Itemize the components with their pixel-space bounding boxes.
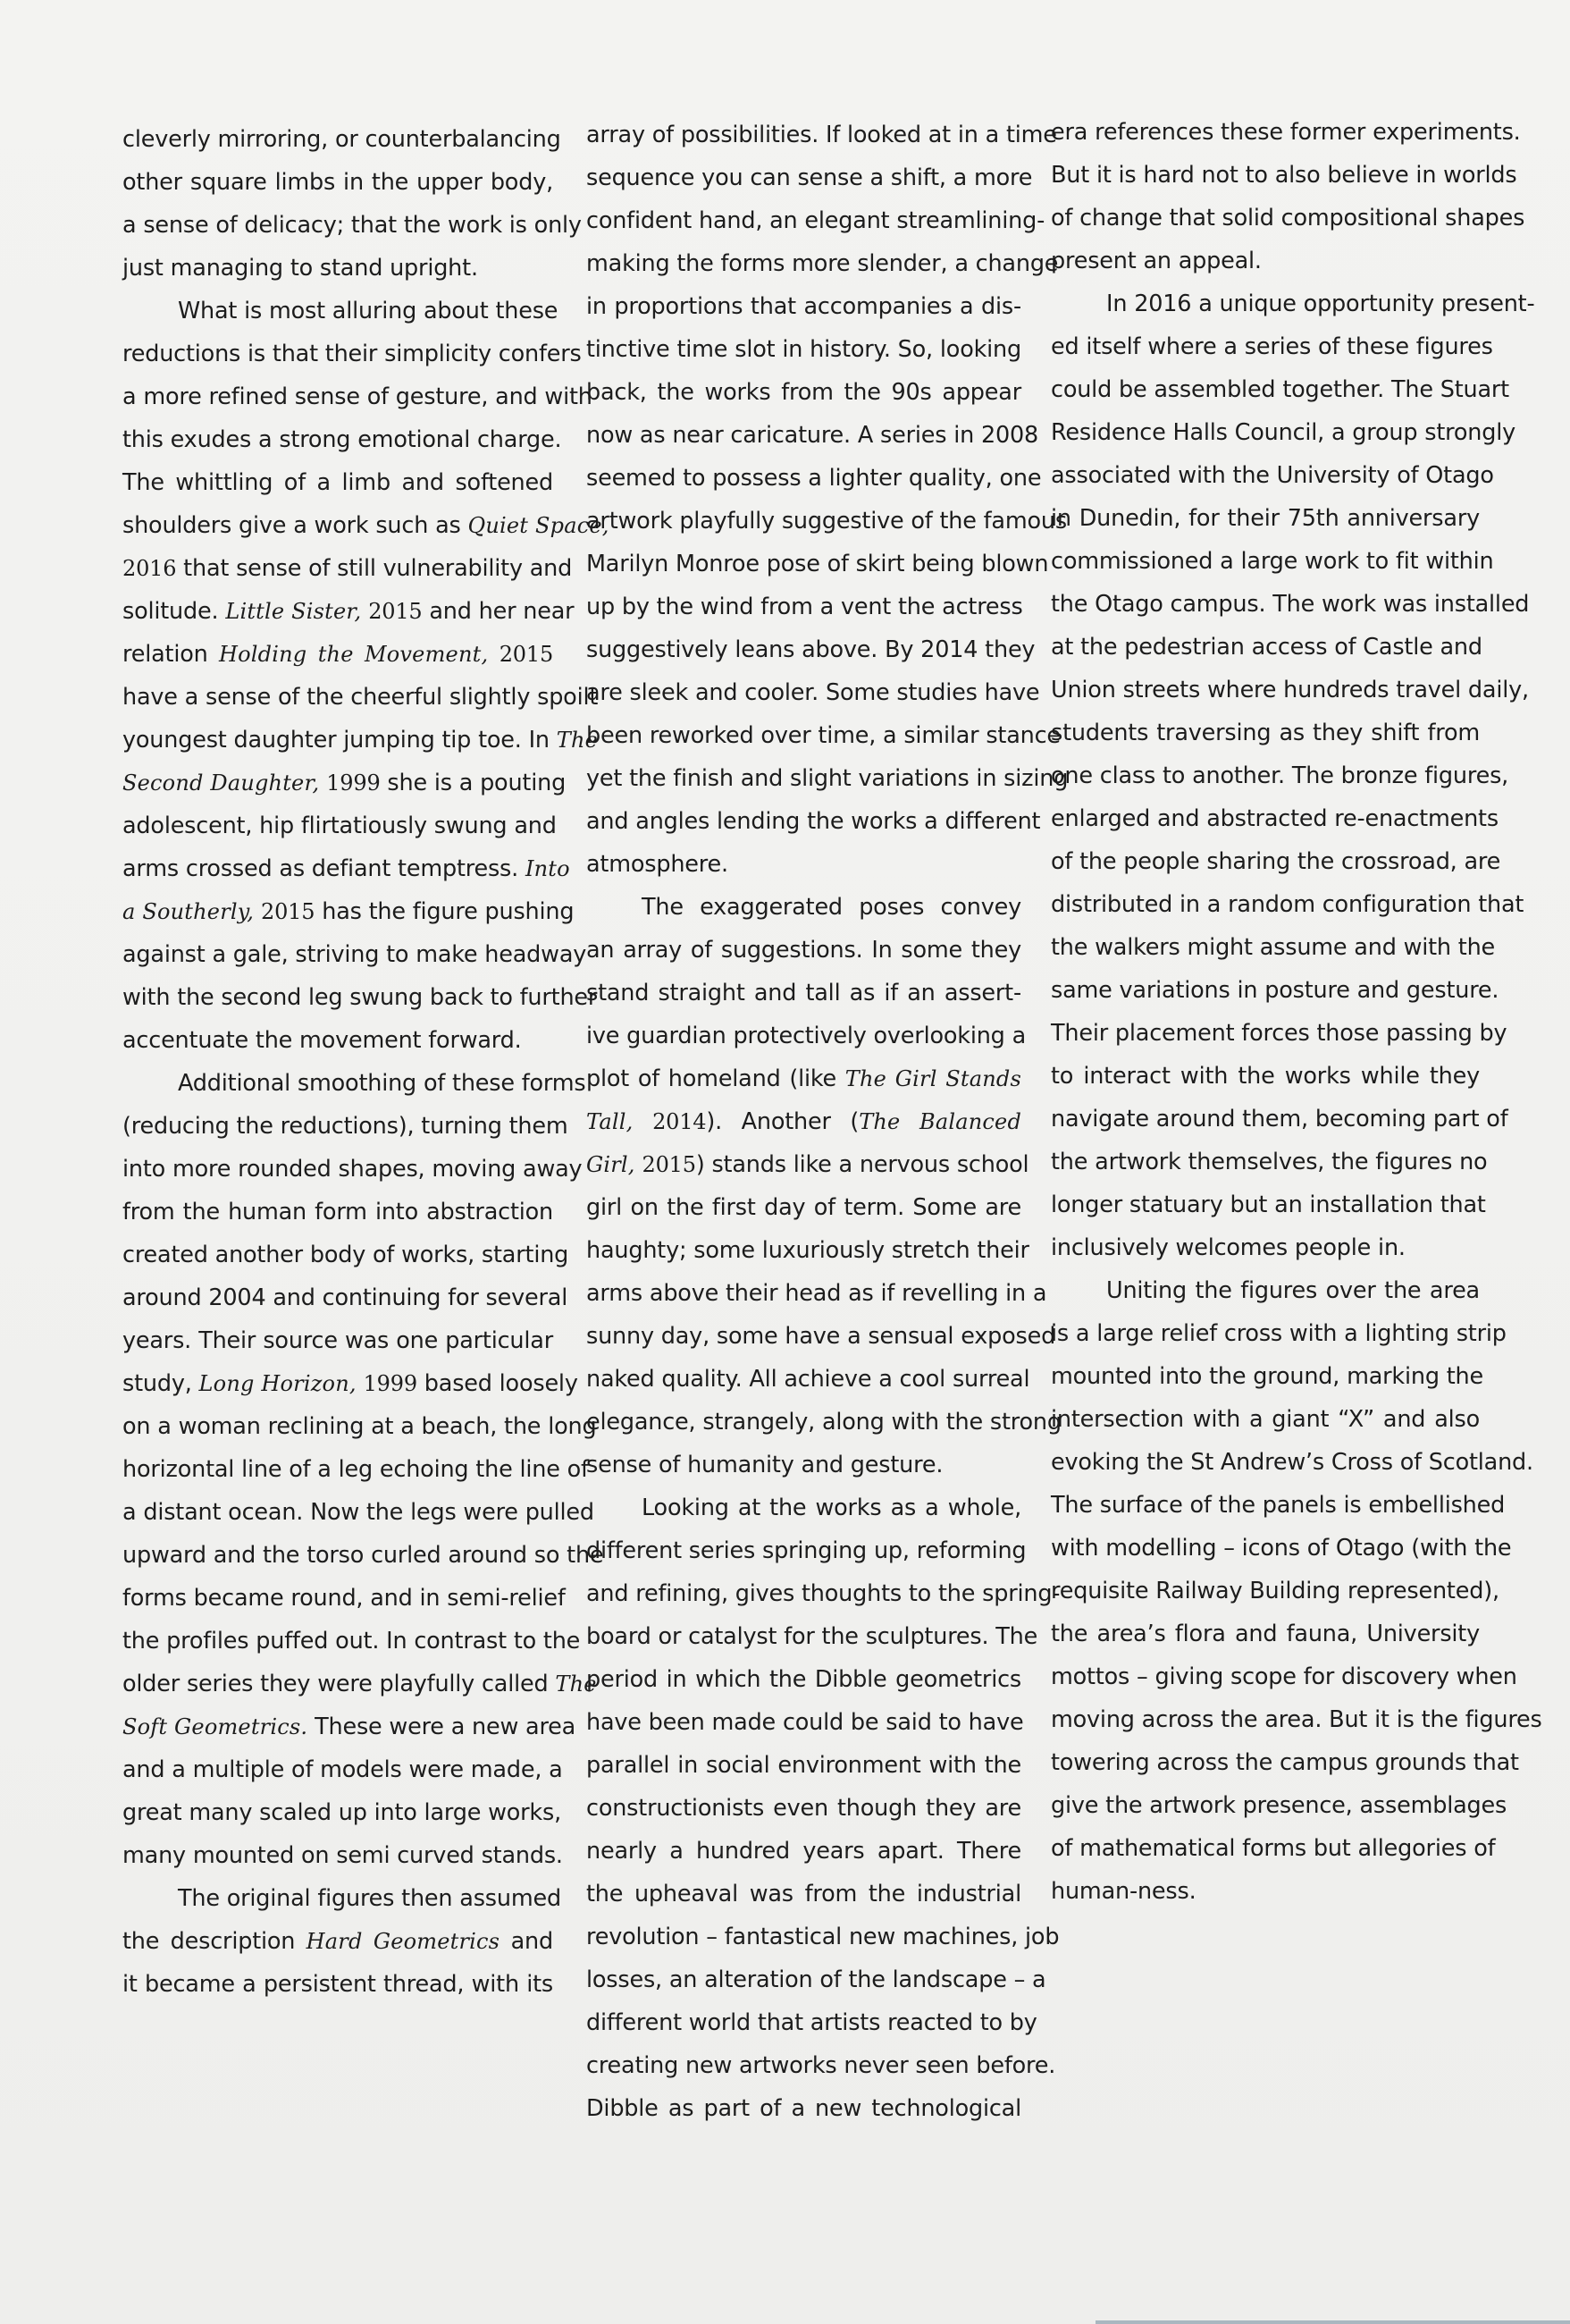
text-run: yet the finish and slight variations in … bbox=[586, 765, 1068, 792]
text-run: stand straight and tall as if an assert- bbox=[586, 980, 1021, 1006]
text-run: Residence Halls Council, a group strongl… bbox=[1051, 419, 1515, 446]
text-line: from the human form into abstraction bbox=[122, 1191, 553, 1234]
text-line: Union streets where hundreds travel dail… bbox=[1051, 669, 1480, 712]
text-line: tinctive time slot in history. So, looki… bbox=[586, 328, 1021, 371]
text-line: longer statuary but an installation that bbox=[1051, 1183, 1480, 1226]
text-run: mounted into the ground, marking the bbox=[1051, 1363, 1483, 1390]
text-line: But it is hard not to also believe in wo… bbox=[1051, 154, 1480, 197]
text-line: yet the finish and slight variations in … bbox=[586, 757, 1021, 800]
text-run: horizontal line of a leg echoing the lin… bbox=[122, 1456, 589, 1483]
text-line: inclusively welcomes people in. bbox=[1051, 1226, 1480, 1269]
text-run: from the human form into abstraction bbox=[122, 1199, 553, 1225]
text-line: one class to another. The bronze figures… bbox=[1051, 754, 1480, 797]
text-line: upward and the torso curled around so th… bbox=[122, 1534, 553, 1577]
text-line: against a gale, striving to make headway bbox=[122, 933, 553, 976]
text-run: of mathematical forms but allegories of bbox=[1051, 1835, 1495, 1862]
text-run: have a sense of the cheerful slightly sp… bbox=[122, 684, 598, 711]
text-line: confident hand, an elegant streamlining- bbox=[586, 199, 1021, 242]
text-line: navigate around them, becoming part of bbox=[1051, 1098, 1480, 1141]
text-line: Residence Halls Council, a group strongl… bbox=[1051, 411, 1480, 454]
text-run: back, the works from the 90s appear bbox=[586, 379, 1021, 406]
text-line: youngest daughter jumping tip toe. In Th… bbox=[122, 719, 553, 762]
artwork-title: Second Daughter, bbox=[122, 770, 319, 796]
text-line: reductions is that their simplicity conf… bbox=[122, 333, 553, 375]
text-line: elegance, strangely, along with the stro… bbox=[586, 1401, 1021, 1444]
artwork-year: 2016 bbox=[122, 556, 176, 581]
text-line: Looking at the works as a whole, bbox=[586, 1486, 1021, 1529]
text-line: commissioned a large work to fit within bbox=[1051, 540, 1480, 583]
text-line: haughty; some luxuriously stretch their bbox=[586, 1229, 1021, 1272]
text-line: with the second leg swung back to furthe… bbox=[122, 976, 553, 1019]
text-run: tinctive time slot in history. So, looki… bbox=[586, 336, 1021, 363]
artwork-title: Into bbox=[525, 856, 570, 881]
text-run: nearly a hundred years apart. There bbox=[586, 1838, 1021, 1865]
text-run: intersection with a giant “X” and also bbox=[1051, 1406, 1480, 1433]
text-run: array of possibilities. If looked at in … bbox=[586, 122, 1057, 148]
text-line: in Dunedin, for their 75th anniversary bbox=[1051, 497, 1480, 540]
artwork-year: 1999 bbox=[364, 1371, 417, 1396]
text-line: the walkers might assume and with the bbox=[1051, 926, 1480, 969]
text-line: nearly a hundred years apart. There bbox=[586, 1830, 1021, 1873]
text-run: great many scaled up into large works, bbox=[122, 1799, 561, 1826]
text-run: based loosely bbox=[417, 1370, 578, 1397]
text-line: give the artwork presence, assemblages bbox=[1051, 1784, 1480, 1827]
artwork-title: Long Horizon, bbox=[199, 1371, 357, 1396]
text-run: and her near bbox=[422, 598, 574, 625]
text-run: same variations in posture and gesture. bbox=[1051, 977, 1499, 1004]
text-run: The whittling of a limb and softened bbox=[122, 469, 553, 496]
text-line: suggestively leans above. By 2014 they bbox=[586, 628, 1021, 671]
text-run: elegance, strangely, along with the stro… bbox=[586, 1409, 1062, 1436]
text-line: and refining, gives thoughts to the spri… bbox=[586, 1572, 1021, 1615]
text-run: now as near caricature. A series in 2008 bbox=[586, 422, 1038, 449]
text-run: ). Another ( bbox=[706, 1108, 859, 1135]
text-line: of mathematical forms but allegories of bbox=[1051, 1827, 1480, 1870]
text-run: Dibble as part of a new technological bbox=[586, 2095, 1021, 2122]
text-line: The original figures then assumed bbox=[122, 1877, 553, 1920]
text-line: with modelling – icons of Otago (with th… bbox=[1051, 1527, 1480, 1570]
text-line: accentuate the movement forward. bbox=[122, 1019, 553, 1062]
text-run: adolescent, hip flirtatiously swung and bbox=[122, 813, 557, 839]
text-line: stand straight and tall as if an assert- bbox=[586, 972, 1021, 1015]
text-run: the area’s flora and fauna, University bbox=[1051, 1621, 1480, 1647]
text-run: the profiles puffed out. In contrast to … bbox=[122, 1628, 580, 1655]
text-run: parallel in social environment with the bbox=[586, 1752, 1021, 1779]
text-run: But it is hard not to also believe in wo… bbox=[1051, 162, 1516, 189]
text-run: accentuate the movement forward. bbox=[122, 1027, 522, 1054]
text-line: students traversing as they shift from bbox=[1051, 712, 1480, 754]
text-run: moving across the area. But it is the fi… bbox=[1051, 1706, 1542, 1733]
page-edge bbox=[1096, 2320, 1570, 2324]
text-line: an array of suggestions. In some they bbox=[586, 929, 1021, 972]
artwork-title: Hard Geometrics bbox=[306, 1929, 500, 1954]
text-line: atmosphere. bbox=[586, 843, 1021, 886]
text-run: many mounted on semi curved stands. bbox=[122, 1842, 563, 1869]
text-run: she is a pouting bbox=[381, 770, 567, 796]
text-line: ed itself where a series of these figure… bbox=[1051, 325, 1480, 368]
artwork-year: 1999 bbox=[326, 770, 380, 796]
text-line: sequence you can sense a shift, a more bbox=[586, 156, 1021, 199]
text-line: Marilyn Monroe pose of skirt being blown bbox=[586, 543, 1021, 585]
text-run: board or catalyst for the sculptures. Th… bbox=[586, 1623, 1037, 1650]
text-line: shoulders give a work such as Quiet Spac… bbox=[122, 504, 553, 547]
text-run: evoking the St Andrew’s Cross of Scotlan… bbox=[1051, 1449, 1533, 1476]
artwork-year: 2015 bbox=[261, 899, 315, 924]
text-line: losses, an alteration of the landscape –… bbox=[586, 1958, 1021, 2001]
text-run: that sense of still vulnerability and bbox=[176, 555, 572, 582]
text-line: it became a persistent thread, with its bbox=[122, 1963, 553, 2006]
text-run: human-ness. bbox=[1051, 1878, 1196, 1905]
text-line: Dibble as part of a new technological bbox=[586, 2087, 1021, 2130]
text-run: losses, an alteration of the landscape –… bbox=[586, 1966, 1046, 1993]
text-run: in proportions that accompanies a dis- bbox=[586, 293, 1021, 320]
text-run: commissioned a large work to fit within bbox=[1051, 548, 1493, 575]
text-run: period in which the Dibble geometrics bbox=[586, 1666, 1021, 1693]
text-run: mottos – giving scope for discovery when bbox=[1051, 1663, 1517, 1690]
text-run: The original figures then assumed bbox=[178, 1885, 561, 1912]
text-run: one class to another. The bronze figures… bbox=[1051, 762, 1508, 789]
text-run: on a woman reclining at a beach, the lon… bbox=[122, 1413, 596, 1440]
text-run: the walkers might assume and with the bbox=[1051, 934, 1495, 961]
text-run: revolution – fantastical new machines, j… bbox=[586, 1924, 1059, 1950]
text-line: Their placement forces those passing by bbox=[1051, 1012, 1480, 1055]
text-run: different series springing up, reforming bbox=[586, 1537, 1026, 1564]
text-line: could be assembled together. The Stuart bbox=[1051, 368, 1480, 411]
text-line: (reducing the reductions), turning them bbox=[122, 1105, 553, 1148]
text-run: sunny day, some have a sensual exposed bbox=[586, 1323, 1055, 1350]
text-run: the upheaval was from the industrial bbox=[586, 1881, 1021, 1907]
text-run: has the figure pushing bbox=[315, 898, 574, 925]
text-line: requisite Railway Building represented), bbox=[1051, 1570, 1480, 1612]
text-line: many mounted on semi curved stands. bbox=[122, 1834, 553, 1877]
text-line: moving across the area. But it is the fi… bbox=[1051, 1698, 1480, 1741]
text-line: into more rounded shapes, moving away bbox=[122, 1148, 553, 1191]
document-page: cleverly mirroring, or counterbalancingo… bbox=[0, 0, 1570, 2324]
text-line: distributed in a random configuration th… bbox=[1051, 883, 1480, 926]
artwork-title: Holding the Movement, bbox=[219, 642, 488, 667]
text-line: solitude. Little Sister, 2015 and her ne… bbox=[122, 590, 553, 633]
text-line: different world that artists reacted to … bbox=[586, 2001, 1021, 2044]
text-line: have been made could be said to have bbox=[586, 1701, 1021, 1744]
text-column-left: cleverly mirroring, or counterbalancingo… bbox=[122, 118, 553, 2006]
text-run: study, bbox=[122, 1370, 199, 1397]
text-line: constructionists even though they are bbox=[586, 1787, 1021, 1830]
text-run: Their placement forces those passing by bbox=[1051, 1020, 1507, 1047]
text-run: cleverly mirroring, or counterbalancing bbox=[122, 126, 561, 153]
text-run: arms crossed as defiant temptress. bbox=[122, 855, 525, 882]
text-run: What is most alluring about these bbox=[178, 298, 558, 324]
text-run: shoulders give a work such as bbox=[122, 512, 468, 539]
text-run: of the people sharing the crossroad, are bbox=[1051, 848, 1500, 875]
text-run: an array of suggestions. In some they bbox=[586, 937, 1021, 964]
text-run: forms became round, and in semi-relief bbox=[122, 1585, 566, 1612]
text-line: the description Hard Geometrics and bbox=[122, 1920, 553, 1963]
text-column-right: era references these former experiments.… bbox=[1051, 111, 1480, 1913]
text-line: parallel in social environment with the bbox=[586, 1744, 1021, 1787]
text-run: The surface of the panels is embellished bbox=[1051, 1492, 1505, 1519]
text-line: back, the works from the 90s appear bbox=[586, 371, 1021, 414]
text-run: creating new artworks never seen before. bbox=[586, 2052, 1055, 2079]
text-run: just managing to stand upright. bbox=[122, 255, 478, 282]
artwork-title: Girl, bbox=[586, 1152, 635, 1177]
text-run: ) stands like a nervous school bbox=[696, 1151, 1029, 1178]
artwork-title: The Girl Stands bbox=[845, 1066, 1021, 1091]
text-line: in proportions that accompanies a dis- bbox=[586, 285, 1021, 328]
text-run: reductions is that their simplicity conf… bbox=[122, 341, 582, 367]
text-run: suggestively leans above. By 2014 they bbox=[586, 636, 1035, 663]
text-line: a more refined sense of gesture, and wit… bbox=[122, 375, 553, 418]
text-line: forms became round, and in semi-relief bbox=[122, 1577, 553, 1620]
text-run: have been made could be said to have bbox=[586, 1709, 1023, 1736]
text-run: created another body of works, starting bbox=[122, 1242, 568, 1268]
text-line: The surface of the panels is embellished bbox=[1051, 1484, 1480, 1527]
text-run: been reworked over time, a similar stanc… bbox=[586, 722, 1061, 749]
text-run: enlarged and abstracted re-enactments bbox=[1051, 805, 1499, 832]
text-line: mottos – giving scope for discovery when bbox=[1051, 1655, 1480, 1698]
artwork-title: The Balanced bbox=[859, 1109, 1021, 1134]
text-line: plot of homeland (like The Girl Stands bbox=[586, 1057, 1021, 1100]
text-line: been reworked over time, a similar stanc… bbox=[586, 714, 1021, 757]
text-run: longer statuary but an installation that bbox=[1051, 1191, 1486, 1218]
text-run: other square limbs in the upper body, bbox=[122, 169, 553, 196]
text-run: Union streets where hundreds travel dail… bbox=[1051, 677, 1529, 703]
text-run: confident hand, an elegant streamlining- bbox=[586, 207, 1045, 234]
text-run: Looking at the works as a whole, bbox=[642, 1495, 1021, 1521]
text-line: associated with the University of Otago bbox=[1051, 454, 1480, 497]
text-line: In 2016 a unique opportunity present- bbox=[1051, 282, 1480, 325]
text-run: relation bbox=[122, 641, 219, 668]
text-run: solitude. bbox=[122, 598, 225, 625]
text-run: is a large relief cross with a lighting … bbox=[1051, 1320, 1507, 1347]
text-run: in Dunedin, for their 75th anniversary bbox=[1051, 505, 1480, 532]
text-line: creating new artworks never seen before. bbox=[586, 2044, 1021, 2087]
text-run: artwork playfully suggestive of the famo… bbox=[586, 508, 1067, 535]
text-line: Girl, 2015) stands like a nervous school bbox=[586, 1143, 1021, 1186]
text-run: and angles lending the works a different bbox=[586, 808, 1040, 835]
text-run: arms above their head as if revelling in… bbox=[586, 1280, 1046, 1307]
text-line: of the people sharing the crossroad, are bbox=[1051, 840, 1480, 883]
text-line: created another body of works, starting bbox=[122, 1234, 553, 1276]
text-run: Additional smoothing of these forms bbox=[178, 1070, 586, 1097]
text-line: Second Daughter, 1999 she is a pouting bbox=[122, 762, 553, 804]
text-run: the Otago campus. The work was installed bbox=[1051, 591, 1529, 618]
text-line: sense of humanity and gesture. bbox=[586, 1444, 1021, 1486]
text-run: could be assembled together. The Stuart bbox=[1051, 376, 1509, 403]
text-line: a sense of delicacy; that the work is on… bbox=[122, 204, 553, 247]
text-line: and angles lending the works a different bbox=[586, 800, 1021, 843]
text-run: (reducing the reductions), turning them bbox=[122, 1113, 567, 1140]
text-line: Tall, 2014). Another (The Balanced bbox=[586, 1100, 1021, 1143]
text-run: the artwork themselves, the figures no bbox=[1051, 1149, 1487, 1175]
text-run: and bbox=[500, 1928, 553, 1955]
text-line: on a woman reclining at a beach, the lon… bbox=[122, 1405, 553, 1448]
text-run: seemed to possess a lighter quality, one bbox=[586, 465, 1041, 492]
text-run: and refining, gives thoughts to the spri… bbox=[586, 1580, 1060, 1607]
text-run: inclusively welcomes people in. bbox=[1051, 1234, 1406, 1261]
text-line: Soft Geometrics. These were a new area bbox=[122, 1705, 553, 1748]
text-line: artwork playfully suggestive of the famo… bbox=[586, 500, 1021, 543]
text-line: present an appeal. bbox=[1051, 240, 1480, 282]
text-line: older series they were playfully called … bbox=[122, 1663, 553, 1705]
text-run bbox=[488, 641, 499, 668]
text-run: with modelling – icons of Otago (with th… bbox=[1051, 1535, 1511, 1562]
text-line: a distant ocean. Now the legs were pulle… bbox=[122, 1491, 553, 1534]
text-line: the area’s flora and fauna, University bbox=[1051, 1612, 1480, 1655]
text-run: into more rounded shapes, moving away bbox=[122, 1156, 582, 1183]
text-run: atmosphere. bbox=[586, 851, 728, 878]
text-line: great many scaled up into large works, bbox=[122, 1791, 553, 1834]
text-line: same variations in posture and gesture. bbox=[1051, 969, 1480, 1012]
artwork-year: 2015 bbox=[368, 599, 422, 624]
text-run bbox=[361, 598, 368, 625]
text-run: plot of homeland (like bbox=[586, 1065, 845, 1092]
text-run: requisite Railway Building represented), bbox=[1051, 1578, 1499, 1604]
text-line: The exaggerated poses convey bbox=[586, 886, 1021, 929]
text-run bbox=[254, 898, 261, 925]
text-line: evoking the St Andrew’s Cross of Scotlan… bbox=[1051, 1441, 1480, 1484]
text-run: a distant ocean. Now the legs were pulle… bbox=[122, 1499, 594, 1526]
text-run: up by the wind from a vent the actress bbox=[586, 594, 1023, 620]
text-run: naked quality. All achieve a cool surrea… bbox=[586, 1366, 1029, 1393]
text-line: arms above their head as if revelling in… bbox=[586, 1272, 1021, 1315]
text-line: have a sense of the cheerful slightly sp… bbox=[122, 676, 553, 719]
artwork-year: 2015 bbox=[500, 642, 553, 667]
text-line: 2016 that sense of still vulnerability a… bbox=[122, 547, 553, 590]
text-run: students traversing as they shift from bbox=[1051, 720, 1480, 746]
text-line: other square limbs in the upper body, bbox=[122, 161, 553, 204]
text-line: up by the wind from a vent the actress bbox=[586, 585, 1021, 628]
text-run: a more refined sense of gesture, and wit… bbox=[122, 383, 592, 410]
text-run: this exudes a strong emotional charge. bbox=[122, 426, 561, 453]
text-run: These were a new area bbox=[307, 1714, 575, 1740]
text-line: The whittling of a limb and softened bbox=[122, 461, 553, 504]
text-run: ed itself where a series of these figure… bbox=[1051, 333, 1493, 360]
text-line: mounted into the ground, marking the bbox=[1051, 1355, 1480, 1398]
text-line: the profiles puffed out. In contrast to … bbox=[122, 1620, 553, 1663]
text-run: youngest daughter jumping tip toe. In bbox=[122, 727, 557, 754]
text-line: adolescent, hip flirtatiously swung and bbox=[122, 804, 553, 847]
text-line: Uniting the figures over the area bbox=[1051, 1269, 1480, 1312]
text-line: Additional smoothing of these forms bbox=[122, 1062, 553, 1105]
text-run: are sleek and cooler. Some studies have bbox=[586, 679, 1039, 706]
text-run: years. Their source was one particular bbox=[122, 1327, 553, 1354]
artwork-title: Little Sister, bbox=[225, 599, 361, 624]
text-run: around 2004 and continuing for several bbox=[122, 1284, 567, 1311]
text-line: enlarged and abstracted re-enactments bbox=[1051, 797, 1480, 840]
text-line: naked quality. All achieve a cool surrea… bbox=[586, 1358, 1021, 1401]
text-line: study, Long Horizon, 1999 based loosely bbox=[122, 1362, 553, 1405]
text-line: just managing to stand upright. bbox=[122, 247, 553, 290]
text-line: period in which the Dibble geometrics bbox=[586, 1658, 1021, 1701]
text-line: seemed to possess a lighter quality, one bbox=[586, 457, 1021, 500]
artwork-year: 2014 bbox=[652, 1109, 706, 1134]
text-line: board or catalyst for the sculptures. Th… bbox=[586, 1615, 1021, 1658]
text-run bbox=[357, 1370, 364, 1397]
text-line: a Southerly, 2015 has the figure pushing bbox=[122, 890, 553, 933]
text-column-middle: array of possibilities. If looked at in … bbox=[586, 114, 1021, 2130]
text-run: haughty; some luxuriously stretch their bbox=[586, 1237, 1029, 1264]
text-run: older series they were playfully called bbox=[122, 1671, 555, 1697]
text-run: against a gale, striving to make headway bbox=[122, 941, 586, 968]
text-run: a sense of delicacy; that the work is on… bbox=[122, 212, 582, 239]
text-line: human-ness. bbox=[1051, 1870, 1480, 1913]
text-line: cleverly mirroring, or counterbalancing bbox=[122, 118, 553, 161]
text-run: give the artwork presence, assemblages bbox=[1051, 1792, 1507, 1819]
text-run: Uniting the figures over the area bbox=[1106, 1277, 1480, 1304]
text-run: distributed in a random configuration th… bbox=[1051, 891, 1524, 918]
text-run: at the pedestrian access of Castle and bbox=[1051, 634, 1482, 661]
text-run: era references these former experiments. bbox=[1051, 119, 1521, 146]
text-line: to interact with the works while they bbox=[1051, 1055, 1480, 1098]
text-run bbox=[635, 1151, 642, 1178]
text-line: the Otago campus. The work was installed bbox=[1051, 583, 1480, 626]
text-line: revolution – fantastical new machines, j… bbox=[586, 1916, 1021, 1958]
text-run: girl on the first day of term. Some are bbox=[586, 1194, 1021, 1221]
text-run: The exaggerated poses convey bbox=[642, 894, 1021, 921]
text-line: making the forms more slender, a change bbox=[586, 242, 1021, 285]
artwork-title: Soft Geometrics. bbox=[122, 1714, 307, 1739]
text-run: sequence you can sense a shift, a more bbox=[586, 164, 1032, 191]
text-line: towering across the campus grounds that bbox=[1051, 1741, 1480, 1784]
text-run: associated with the University of Otago bbox=[1051, 462, 1494, 489]
text-run: of change that solid compositional shape… bbox=[1051, 205, 1524, 232]
text-line: the artwork themselves, the figures no bbox=[1051, 1141, 1480, 1183]
text-line: this exudes a strong emotional charge. bbox=[122, 418, 553, 461]
text-line: at the pedestrian access of Castle and bbox=[1051, 626, 1480, 669]
text-run: sense of humanity and gesture. bbox=[586, 1452, 943, 1478]
text-run: navigate around them, becoming part of bbox=[1051, 1106, 1508, 1133]
text-line: intersection with a giant “X” and also bbox=[1051, 1398, 1480, 1441]
text-run: the description bbox=[122, 1928, 306, 1955]
text-run: and a multiple of models were made, a bbox=[122, 1756, 563, 1783]
text-line: around 2004 and continuing for several bbox=[122, 1276, 553, 1319]
text-line: relation Holding the Movement, 2015 bbox=[122, 633, 553, 676]
text-run: making the forms more slender, a change bbox=[586, 250, 1058, 277]
artwork-year: 2015 bbox=[642, 1152, 696, 1177]
text-run: ive guardian protectively overlooking a bbox=[586, 1023, 1026, 1049]
text-run: In 2016 a unique opportunity present- bbox=[1106, 290, 1534, 317]
artwork-title: Tall, bbox=[586, 1109, 633, 1134]
text-run: different world that artists reacted to … bbox=[586, 2009, 1037, 2036]
text-line: are sleek and cooler. Some studies have bbox=[586, 671, 1021, 714]
text-line: arms crossed as defiant temptress. Into bbox=[122, 847, 553, 890]
text-run: towering across the campus grounds that bbox=[1051, 1749, 1519, 1776]
text-run: Marilyn Monroe pose of skirt being blown bbox=[586, 551, 1048, 577]
text-run: it became a persistent thread, with its bbox=[122, 1971, 553, 1998]
text-run bbox=[633, 1108, 652, 1135]
text-line: What is most alluring about these bbox=[122, 290, 553, 333]
text-line: sunny day, some have a sensual exposed bbox=[586, 1315, 1021, 1358]
text-line: girl on the first day of term. Some are bbox=[586, 1186, 1021, 1229]
text-line: years. Their source was one particular bbox=[122, 1319, 553, 1362]
text-run: upward and the torso curled around so th… bbox=[122, 1542, 603, 1569]
text-line: era references these former experiments. bbox=[1051, 111, 1480, 154]
text-run: present an appeal. bbox=[1051, 248, 1262, 274]
text-run: constructionists even though they are bbox=[586, 1795, 1021, 1822]
text-line: now as near caricature. A series in 2008 bbox=[586, 414, 1021, 457]
text-line: different series springing up, reforming bbox=[586, 1529, 1021, 1572]
text-line: ive guardian protectively overlooking a bbox=[586, 1015, 1021, 1057]
text-line: and a multiple of models were made, a bbox=[122, 1748, 553, 1791]
text-line: horizontal line of a leg echoing the lin… bbox=[122, 1448, 553, 1491]
text-line: of change that solid compositional shape… bbox=[1051, 197, 1480, 240]
text-line: is a large relief cross with a lighting … bbox=[1051, 1312, 1480, 1355]
text-run: with the second leg swung back to furthe… bbox=[122, 984, 597, 1011]
text-line: array of possibilities. If looked at in … bbox=[586, 114, 1021, 156]
text-line: the upheaval was from the industrial bbox=[586, 1873, 1021, 1916]
text-run: to interact with the works while they bbox=[1051, 1063, 1480, 1090]
artwork-title: a Southerly, bbox=[122, 899, 254, 924]
